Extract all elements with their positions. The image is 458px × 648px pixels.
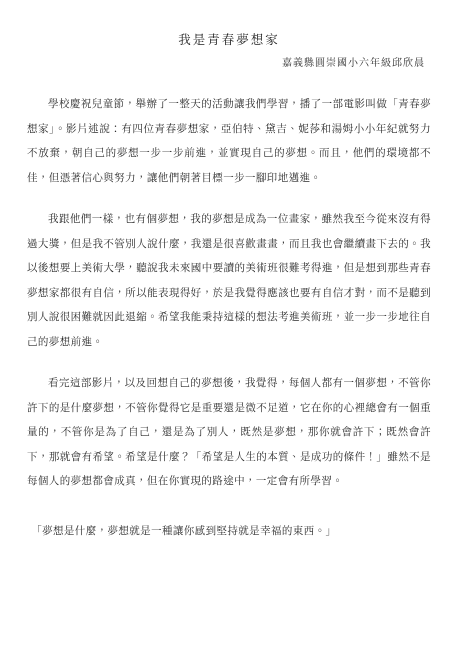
essay-paragraph-3: 看完這部影片，以及回想自己的夢想後，我覺得，每個人都有一個夢想，不管你許下的是什… xyxy=(27,372,431,495)
essay-title: 我是青春夢想家 xyxy=(27,30,431,48)
essay-paragraph-1: 學校慶祝兒童節，舉辦了一整天的活動讓我們學習，播了一部電影叫做「青春夢想家」。影… xyxy=(27,93,431,191)
author-byline: 嘉義縣圓崇國小六年級邱欣晨 xyxy=(27,54,431,69)
closing-quote: 「夢想是什麼，夢想就是一種讓你感到堅持就是幸福的東西。」 xyxy=(27,520,431,545)
essay-paragraph-2: 我跟他們一樣，也有個夢想，我的夢想是成為一位畫家，雖然我至今從來沒有得過大獎，但… xyxy=(27,208,431,355)
document-page: 我是青春夢想家 嘉義縣圓崇國小六年級邱欣晨 學校慶祝兒童節，舉辦了一整天的活動讓… xyxy=(0,0,458,648)
